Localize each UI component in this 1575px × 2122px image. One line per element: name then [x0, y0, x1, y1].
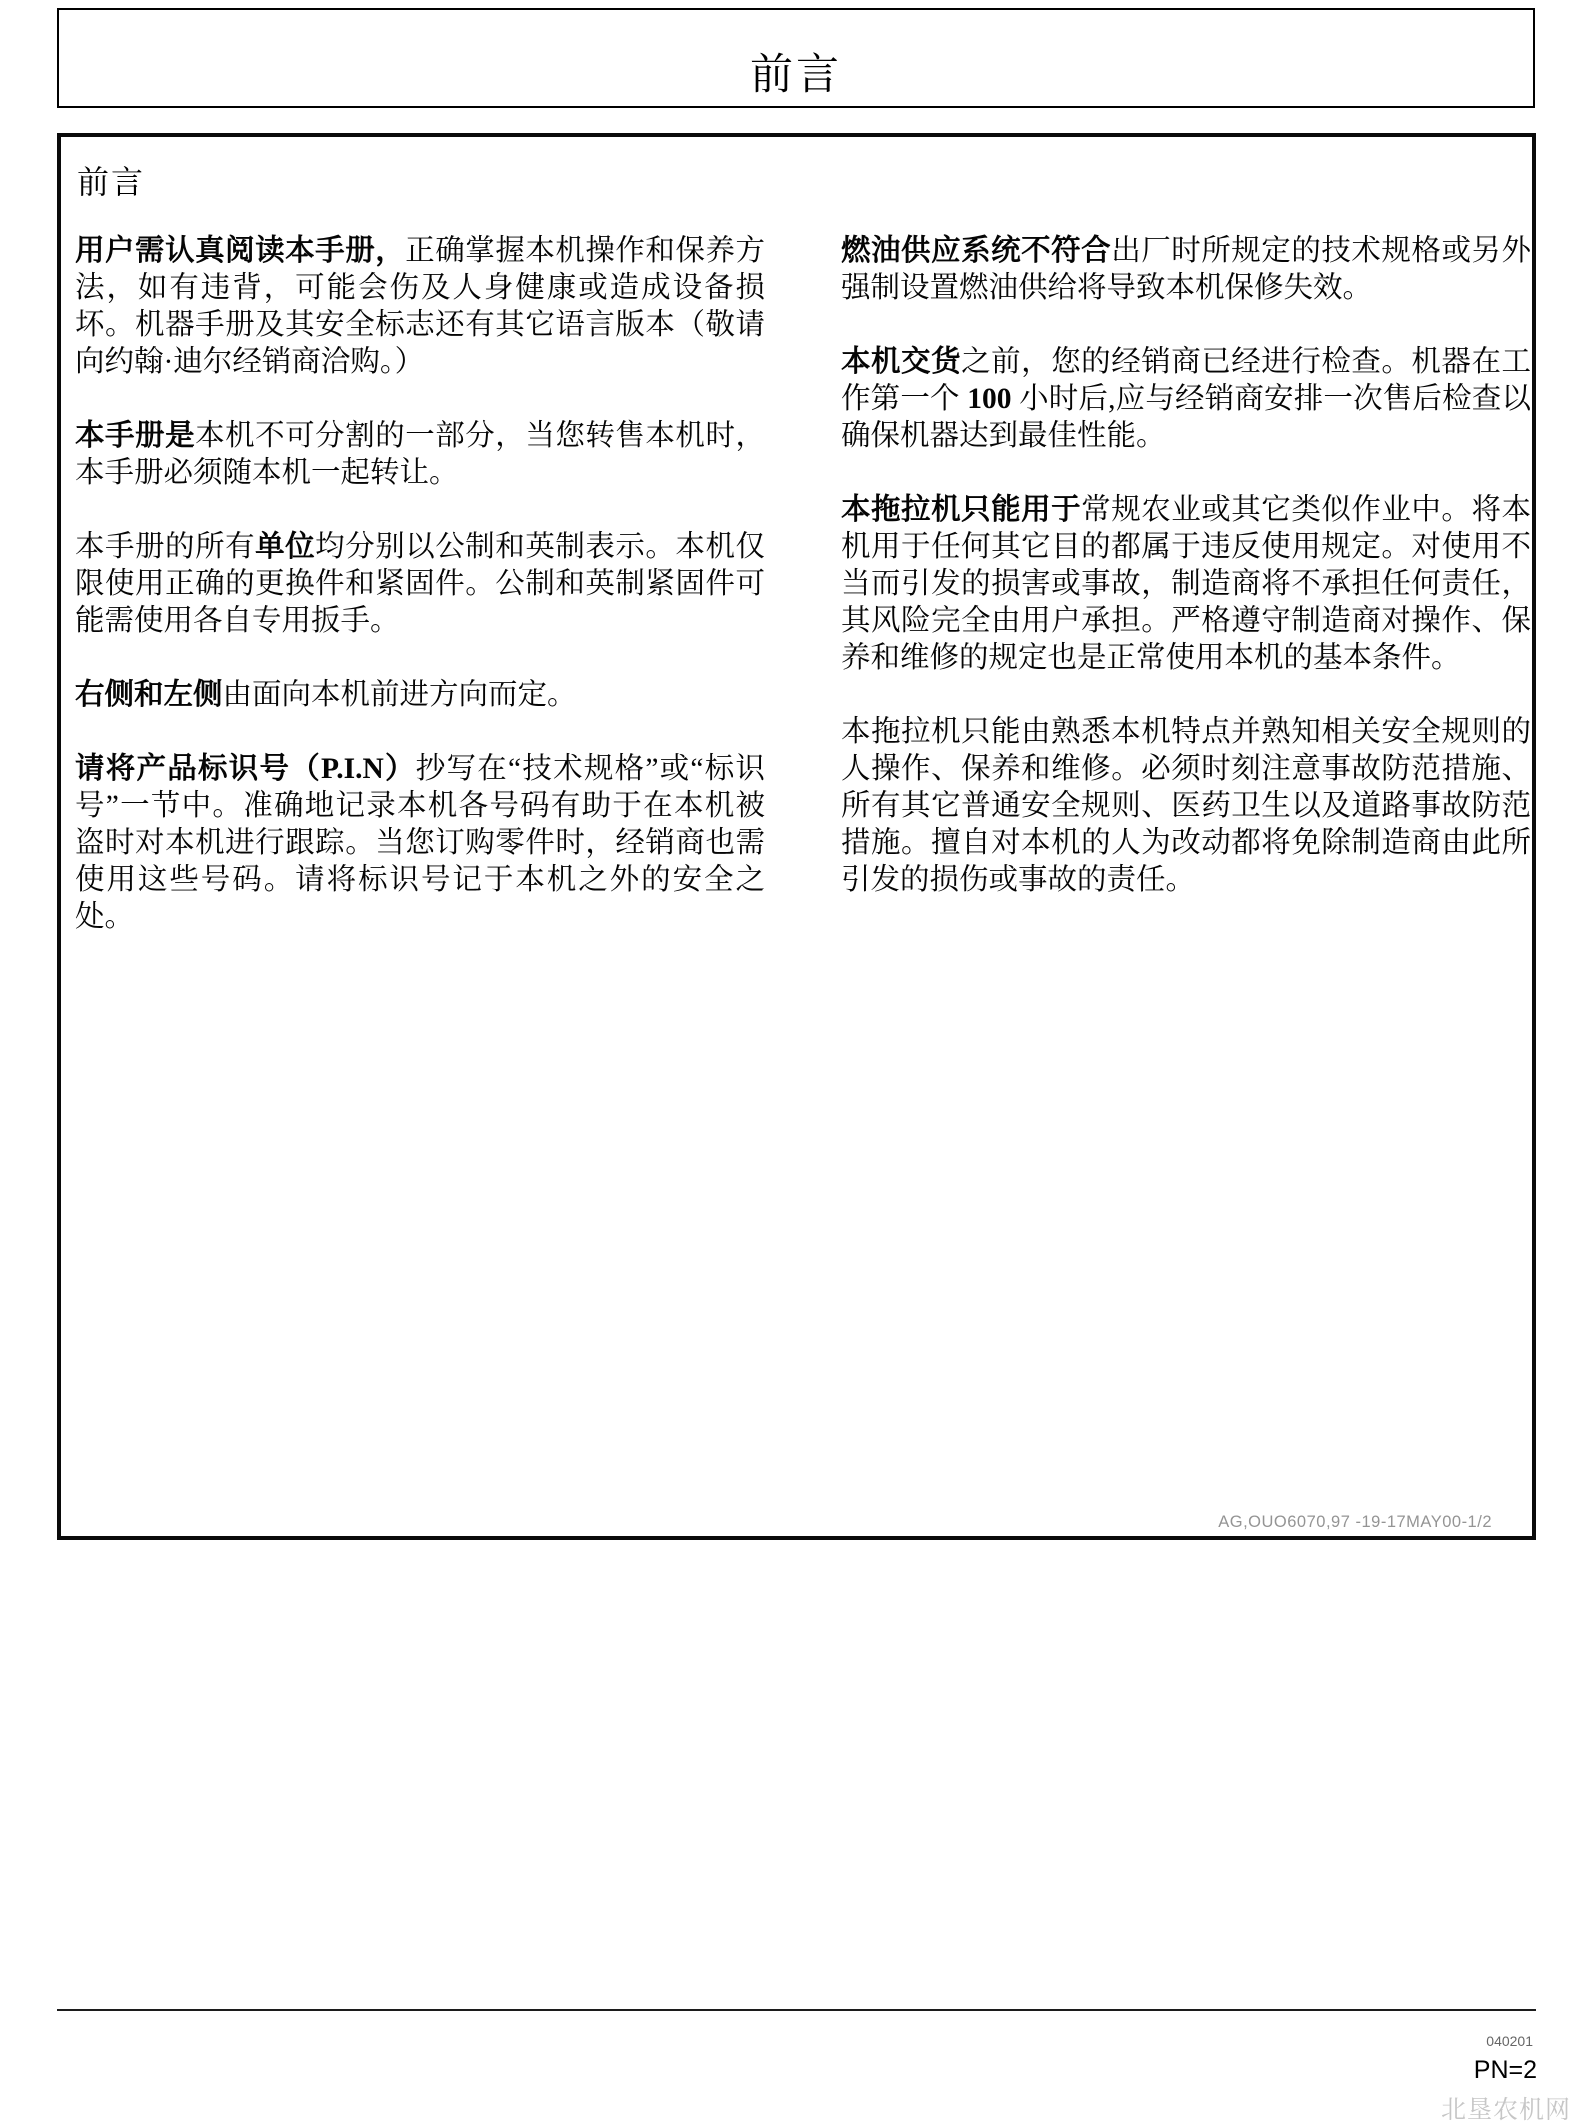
revision-code: AG,OUO6070,97 -19-17MAY00-1/2 — [1218, 1513, 1492, 1532]
left-column: 用户需认真阅读本手册，正确掌握本机操作和保养方法，如有违背，可能会伤及人身健康或… — [75, 233, 765, 936]
paragraph: 本手册的所有单位均分别以公制和英制表示。本机仅限使用正确的更换件和紧固件。公制和… — [75, 529, 765, 640]
text-run: 由面向本机前进方向而定。 — [223, 679, 577, 711]
bold-run: 燃油供应系统不符合 — [841, 235, 1111, 267]
text-run: 本手册的所有 — [75, 531, 255, 563]
paragraph: 本机交货之前，您的经销商已经进行检查。机器在工作第一个 100 小时后,应与经销… — [841, 344, 1531, 455]
paragraph: 本拖拉机只能由熟悉本机特点并熟知相关安全规则的人操作、保养和维修。必须时刻注意事… — [841, 714, 1531, 899]
section-label: 前言 — [77, 157, 145, 203]
paragraph: 本手册是本机不可分割的一部分，当您转售本机时，本手册必须随本机一起转让。 — [75, 418, 765, 492]
bold-run: 请将产品标识号（P.I.N） — [75, 753, 416, 785]
bold-run: 本机交货 — [841, 346, 961, 378]
footer-doc-code: 040201 — [1486, 2033, 1533, 2049]
bold-run: 用户需认真阅读本手册， — [75, 235, 405, 267]
manual-page: 前言 前言 用户需认真阅读本手册，正确掌握本机操作和保养方法，如有违背，可能会伤… — [0, 0, 1575, 2122]
bold-run: 单位 — [255, 531, 315, 563]
site-watermark: 北垦农机网 — [1441, 2090, 1571, 2122]
bold-run: 本拖拉机只能用于 — [841, 494, 1081, 526]
paragraph: 本拖拉机只能用于常规农业或其它类似作业中。将本机用于任何其它目的都属于违反使用规… — [841, 492, 1531, 677]
bold-run: 本手册是 — [75, 420, 195, 452]
paragraph: 请将产品标识号（P.I.N）抄写在“技术规格”或“标识号”一节中。准确地记录本机… — [75, 751, 765, 936]
bold-run: 100 — [967, 383, 1011, 415]
text-run: 本拖拉机只能由熟悉本机特点并熟知相关安全规则的人操作、保养和维修。必须时刻注意事… — [841, 716, 1531, 896]
page-title-box: 前言 — [57, 8, 1535, 108]
bold-run: 右侧和左侧 — [75, 679, 223, 711]
page-title: 前言 — [750, 54, 842, 106]
paragraph: 燃油供应系统不符合出厂时所规定的技术规格或另外强制设置燃油供给将导致本机保修失效… — [841, 233, 1531, 307]
footer-page-number: PN=2 — [1474, 2056, 1537, 2085]
content-box: 前言 用户需认真阅读本手册，正确掌握本机操作和保养方法，如有违背，可能会伤及人身… — [57, 133, 1536, 1540]
footer-divider — [57, 2009, 1536, 2011]
paragraph: 右侧和左侧由面向本机前进方向而定。 — [75, 677, 765, 714]
paragraph: 用户需认真阅读本手册，正确掌握本机操作和保养方法，如有违背，可能会伤及人身健康或… — [75, 233, 765, 381]
right-column: 燃油供应系统不符合出厂时所规定的技术规格或另外强制设置燃油供给将导致本机保修失效… — [841, 233, 1531, 899]
